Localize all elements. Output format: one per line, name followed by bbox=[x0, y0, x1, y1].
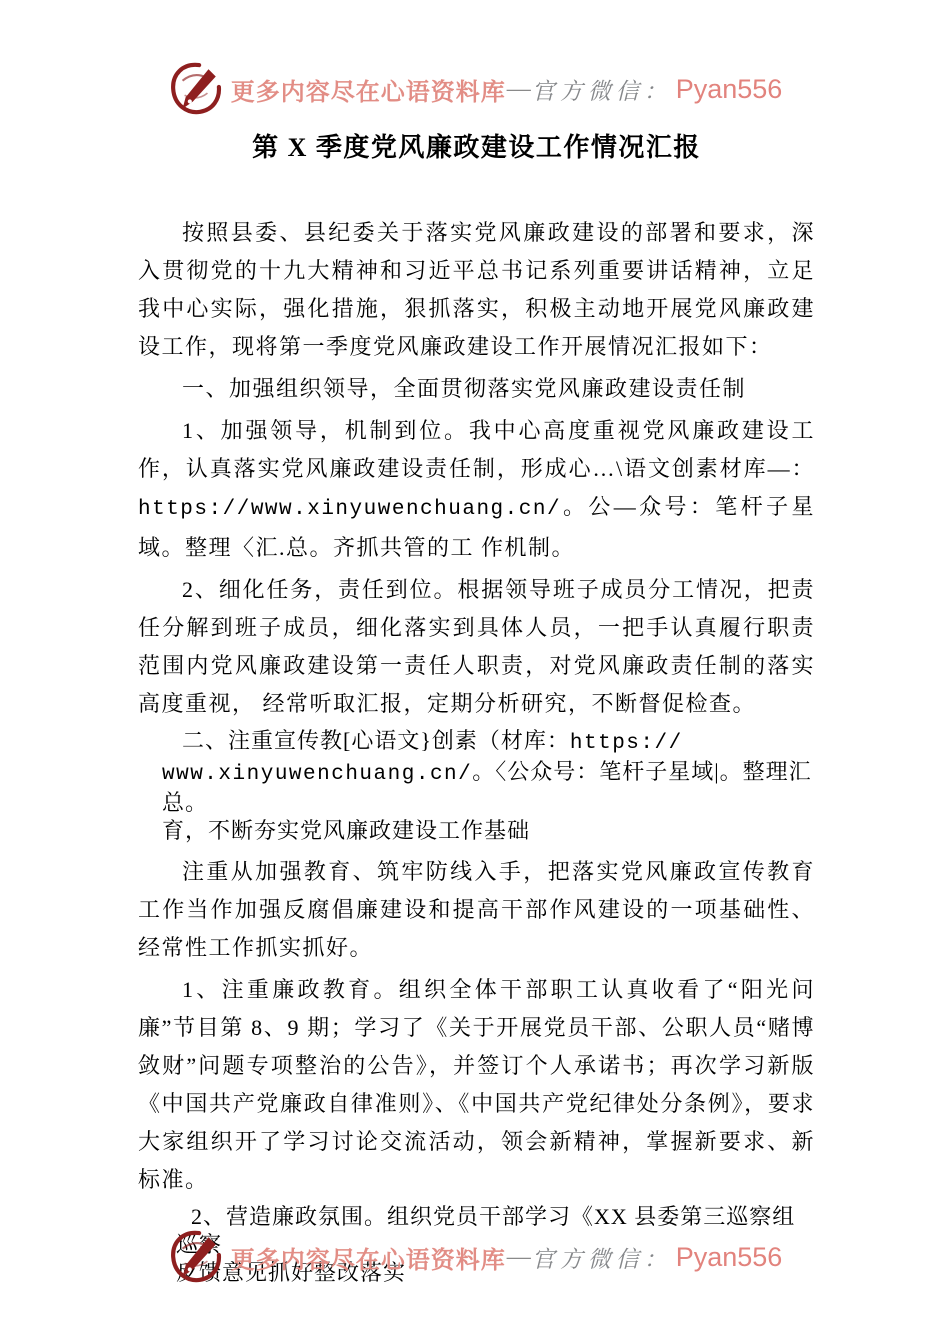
promo-wechat-id: Pyan556 bbox=[676, 74, 783, 105]
promo-brand-text: 更多内容尽在心语资料库 bbox=[231, 1240, 506, 1275]
section1-heading: 一、加强组织领导，全面贯彻落实党风廉政建设责任制 bbox=[138, 370, 815, 408]
document-content: 第 X 季度党风廉政建设工作情况汇报 按照县委、县纪委关于落实党风廉政建设的部署… bbox=[138, 128, 815, 1295]
section2-heading: 二、注重宣传教[心语文}创素（材库：https:// www.xinyuwenc… bbox=[138, 727, 815, 845]
paragraph-item2-1: 1、注重廉政教育。组织全体干部职工认真收看了“阳光问廉”节目第 8、9 期；学习… bbox=[138, 971, 815, 1199]
promo-wechat-label: 官方微信： bbox=[532, 1241, 672, 1274]
pen-swirl-logo-icon bbox=[168, 62, 222, 116]
item1-1-url-text: https://www.xinyuwenchuang.cn/ bbox=[138, 498, 561, 521]
section2-text-before: 二、注重宣传教[心语文}创素（材库： bbox=[182, 728, 570, 753]
document-page: 更多内容尽在心语资料库 — 官方微信： Pyan556 第 X 季度党风廉政建设… bbox=[0, 0, 950, 1344]
promo-separator: — bbox=[507, 1244, 531, 1271]
promo-brand-text: 更多内容尽在心语资料库 bbox=[231, 72, 506, 107]
promo-wechat-id: Pyan556 bbox=[676, 1242, 783, 1273]
document-title: 第 X 季度党风廉政建设工作情况汇报 bbox=[138, 128, 815, 168]
promo-header: 更多内容尽在心语资料库 — 官方微信： Pyan556 bbox=[0, 62, 950, 116]
paragraph-item1-1: 1、加强领导，机制到位。我中心高度重视党风廉政建设工作，认真落实党风廉政建设责任… bbox=[138, 412, 815, 567]
paragraph-item1-2: 2、细化任务，责任到位。根据领导班子成员分工情况，把责任分解到班子成员，细化落实… bbox=[138, 571, 815, 723]
promo-wechat-label: 官方微信： bbox=[532, 73, 672, 106]
promo-footer: 更多内容尽在心语资料库 — 官方微信： Pyan556 bbox=[0, 1230, 950, 1284]
paragraph-intro: 按照县委、县纪委关于落实党风廉政建设的部署和要求，深入贯彻党的十九大精神和习近平… bbox=[138, 214, 815, 366]
paragraph-section2-body: 注重从加强教育、筑牢防线入手，把落实党风廉政宣传教育工作当作加强反腐倡廉建设和提… bbox=[138, 853, 815, 967]
item1-1-text-before: 1、加强领导，机制到位。我中心高度重视党风廉政建设工作，认真落实党风廉政建设责任… bbox=[138, 418, 815, 481]
pen-swirl-logo-icon bbox=[168, 1230, 222, 1284]
promo-separator: — bbox=[507, 76, 531, 103]
